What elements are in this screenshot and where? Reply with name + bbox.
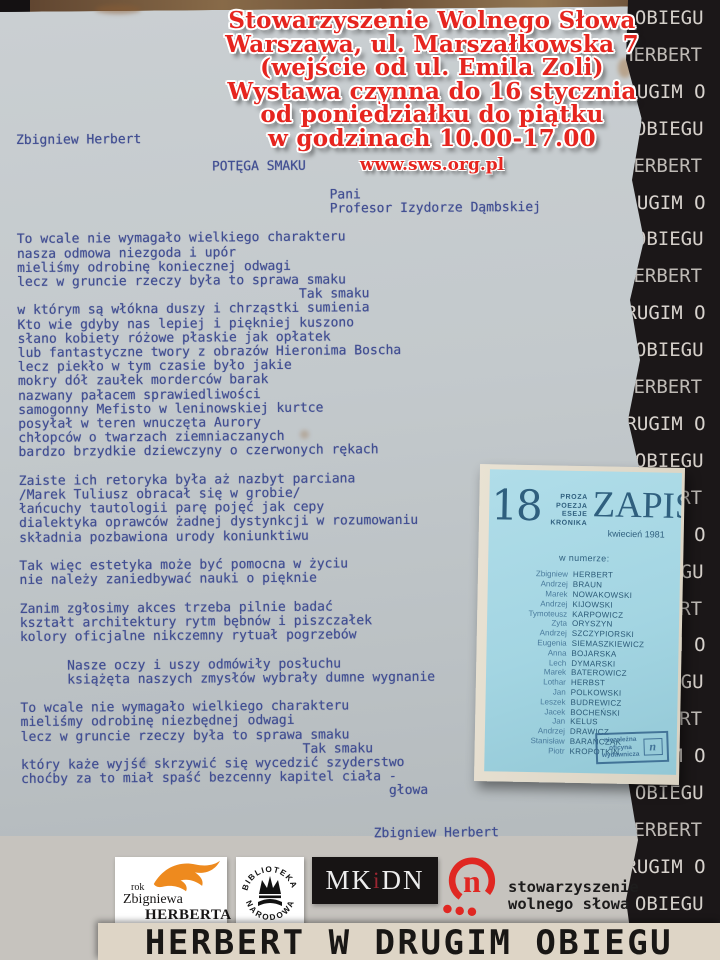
- zapis-book-cover: 18 PROZA POEZJA ESEJE KRONIKA ZAPIS kwie…: [474, 464, 685, 785]
- mkidn-logo: MKiDN: [312, 857, 438, 904]
- book-title: ZAPIS: [592, 487, 682, 525]
- announcement-line: Warszawa, ul. Marszałkowska 7: [158, 33, 706, 57]
- announcement-line: Stowarzyszenie Wolnego Słowa: [158, 9, 706, 33]
- website-url[interactable]: www.sws.org.pl: [158, 153, 706, 177]
- announcement-line: Wystawa czynna do 16 stycznia: [158, 80, 706, 104]
- svg-text:n: n: [463, 863, 481, 899]
- zapis-cover-header: 18 PROZA POEZJA ESEJE KRONIKA ZAPIS: [489, 469, 682, 530]
- poster: M OBIEGUHERBERTDRUGIM OM OBIEGUHERBERTDR…: [0, 0, 720, 960]
- exhibition-title-banner: HERBERT W DRUGIM OBIEGU: [98, 923, 720, 960]
- stain: [95, 5, 141, 14]
- genre: KRONIKA: [550, 519, 587, 528]
- nowa-publisher-icon: n: [643, 737, 663, 755]
- stamp-text: niezależna oficyna wydawnicza: [602, 735, 640, 759]
- announcement-line: (wejście od ul. Emila Zoli): [158, 56, 706, 80]
- exhibition-title: HERBERT W DRUGIM OBIEGU: [145, 923, 673, 960]
- genre-list: PROZA POEZJA ESEJE KRONIKA: [550, 493, 588, 528]
- national-library-emblem-icon: BIBLIOTEKA NARODOWA: [239, 862, 301, 928]
- rok-herberta-logo: rok Zbigniewa HERBERTA: [115, 857, 227, 932]
- sws-n-mark-icon: n: [438, 853, 504, 931]
- in-issue-label: w numerze:: [488, 552, 680, 566]
- sws-name: stowarzyszenie wolnego słowa: [508, 879, 639, 913]
- biblioteka-narodowa-logo: BIBLIOTEKA NARODOWA: [236, 857, 304, 932]
- rok-herberta-text: rok Zbigniewa HERBERTA: [123, 883, 232, 923]
- announcement-line: w godzinach 10.00-17.00: [158, 127, 706, 151]
- announcement-line: od poniedziałku do piątku: [158, 103, 706, 127]
- book-authors: ZbigniewHERBERTAndrzejBRAUNMarekNOWAKOWS…: [484, 569, 680, 759]
- exhibition-announcement: Stowarzyszenie Wolnego Słowa Warszawa, u…: [158, 9, 706, 177]
- issue-number: 18: [491, 485, 541, 526]
- genre: POEZJA: [551, 502, 588, 511]
- publisher-stamp: niezależna oficyna wydawnicza n: [596, 730, 670, 763]
- zapis-cover-front: 18 PROZA POEZJA ESEJE KRONIKA ZAPIS kwie…: [484, 469, 682, 775]
- poem-text: Zbigniew Herbert POTĘGA SMAKU Pani Profe…: [16, 130, 546, 844]
